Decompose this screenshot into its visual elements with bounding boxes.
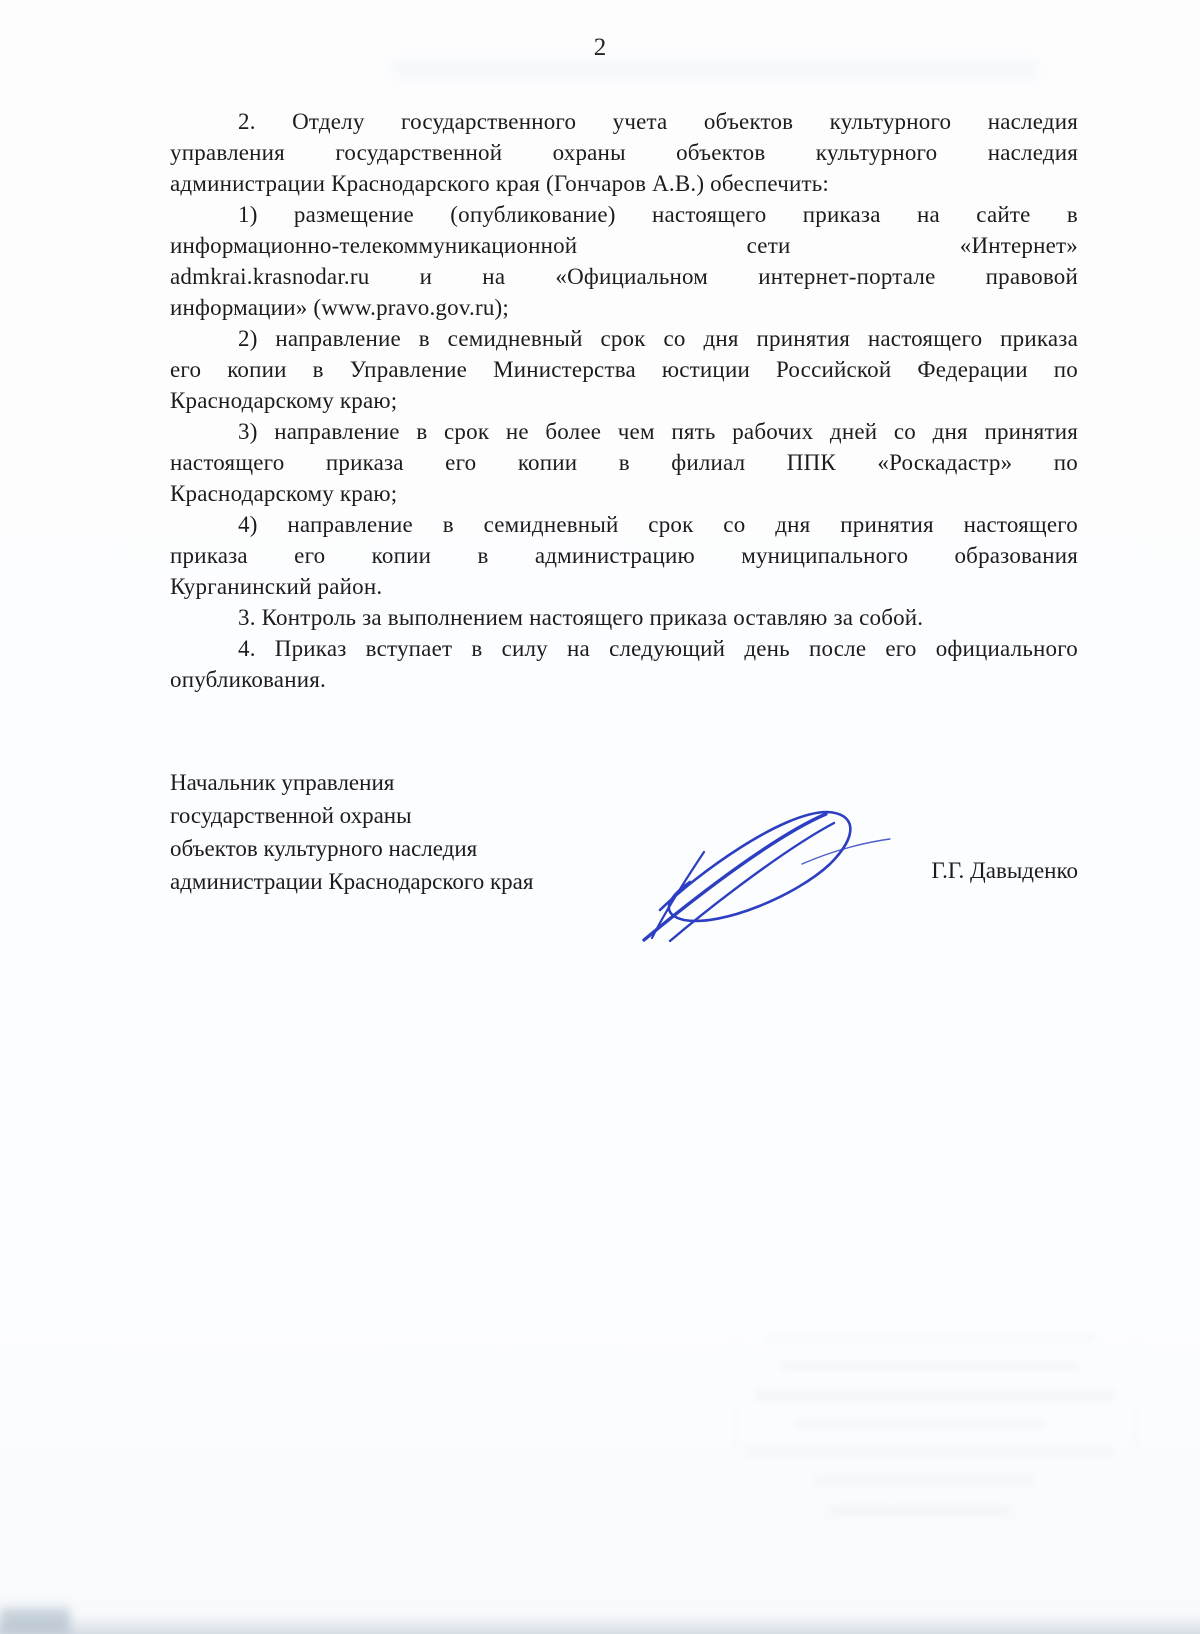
- paragraph: 4. Приказ вступает в силу на следующий д…: [170, 633, 1078, 695]
- document-body: 2. Отделу государственного учета объекто…: [170, 106, 1078, 695]
- scan-shadow-bottom-edge: [0, 1614, 1200, 1634]
- text-line: настоящего приказа его копии в филиал ПП…: [170, 447, 1078, 478]
- paragraph: 1) размещение (опубликование) настоящего…: [170, 199, 1078, 323]
- signatory-title-block: Начальник управления государственной охр…: [170, 766, 690, 898]
- scan-bleed-through-top: [390, 58, 1040, 80]
- text-line: 4) направление в семидневный срок со дня…: [170, 509, 1078, 540]
- text-line: 3) направление в срок не более чем пять …: [170, 416, 1078, 447]
- text-line: информационно-телекоммуникационной сети …: [170, 230, 1078, 261]
- text-line: 2) направление в семидневный срок со дня…: [170, 323, 1078, 354]
- text-line: опубликования.: [170, 664, 1078, 695]
- text-line: 3. Контроль за выполнением настоящего пр…: [170, 602, 1078, 633]
- text-line: 4. Приказ вступает в силу на следующий д…: [170, 633, 1078, 664]
- paragraph: 2. Отделу государственного учета объекто…: [170, 106, 1078, 199]
- paragraph: 3. Контроль за выполнением настоящего пр…: [170, 602, 1078, 633]
- paragraph: 3) направление в срок не более чем пять …: [170, 416, 1078, 509]
- text-line: управления государственной охраны объект…: [170, 137, 1078, 168]
- paragraph: 4) направление в семидневный срок со дня…: [170, 509, 1078, 602]
- text-line: admkrai.krasnodar.ru и на «Официальном и…: [170, 261, 1078, 292]
- text-line: администрации Краснодарского края (Гонча…: [170, 168, 1078, 199]
- text-line: приказа его копии в администрацию муници…: [170, 540, 1078, 571]
- text-line: Курганинский район.: [170, 571, 1078, 602]
- text-line: Краснодарскому краю;: [170, 478, 1078, 509]
- signatory-name: Г.Г. Давыденко: [931, 858, 1078, 884]
- text-line: Краснодарскому краю;: [170, 385, 1078, 416]
- text-line: 2. Отделу государственного учета объекто…: [170, 106, 1078, 137]
- scan-bleed-through-block: [735, 1325, 1140, 1535]
- signatory-title-line: государственной охраны: [170, 799, 690, 832]
- text-line: 1) размещение (опубликование) настоящего…: [170, 199, 1078, 230]
- signatory-title-line: объектов культурного наследия: [170, 832, 690, 865]
- paragraph: 2) направление в семидневный срок со дня…: [170, 323, 1078, 416]
- signatory-title-line: Начальник управления: [170, 766, 690, 799]
- document-page: 2 2. Отделу государственного учета объек…: [0, 0, 1200, 1634]
- signatory-title-line: администрации Краснодарского края: [170, 865, 690, 898]
- text-line: информации» (www.pravo.gov.ru);: [170, 292, 1078, 323]
- text-line: его копии в Управление Министерства юсти…: [170, 354, 1078, 385]
